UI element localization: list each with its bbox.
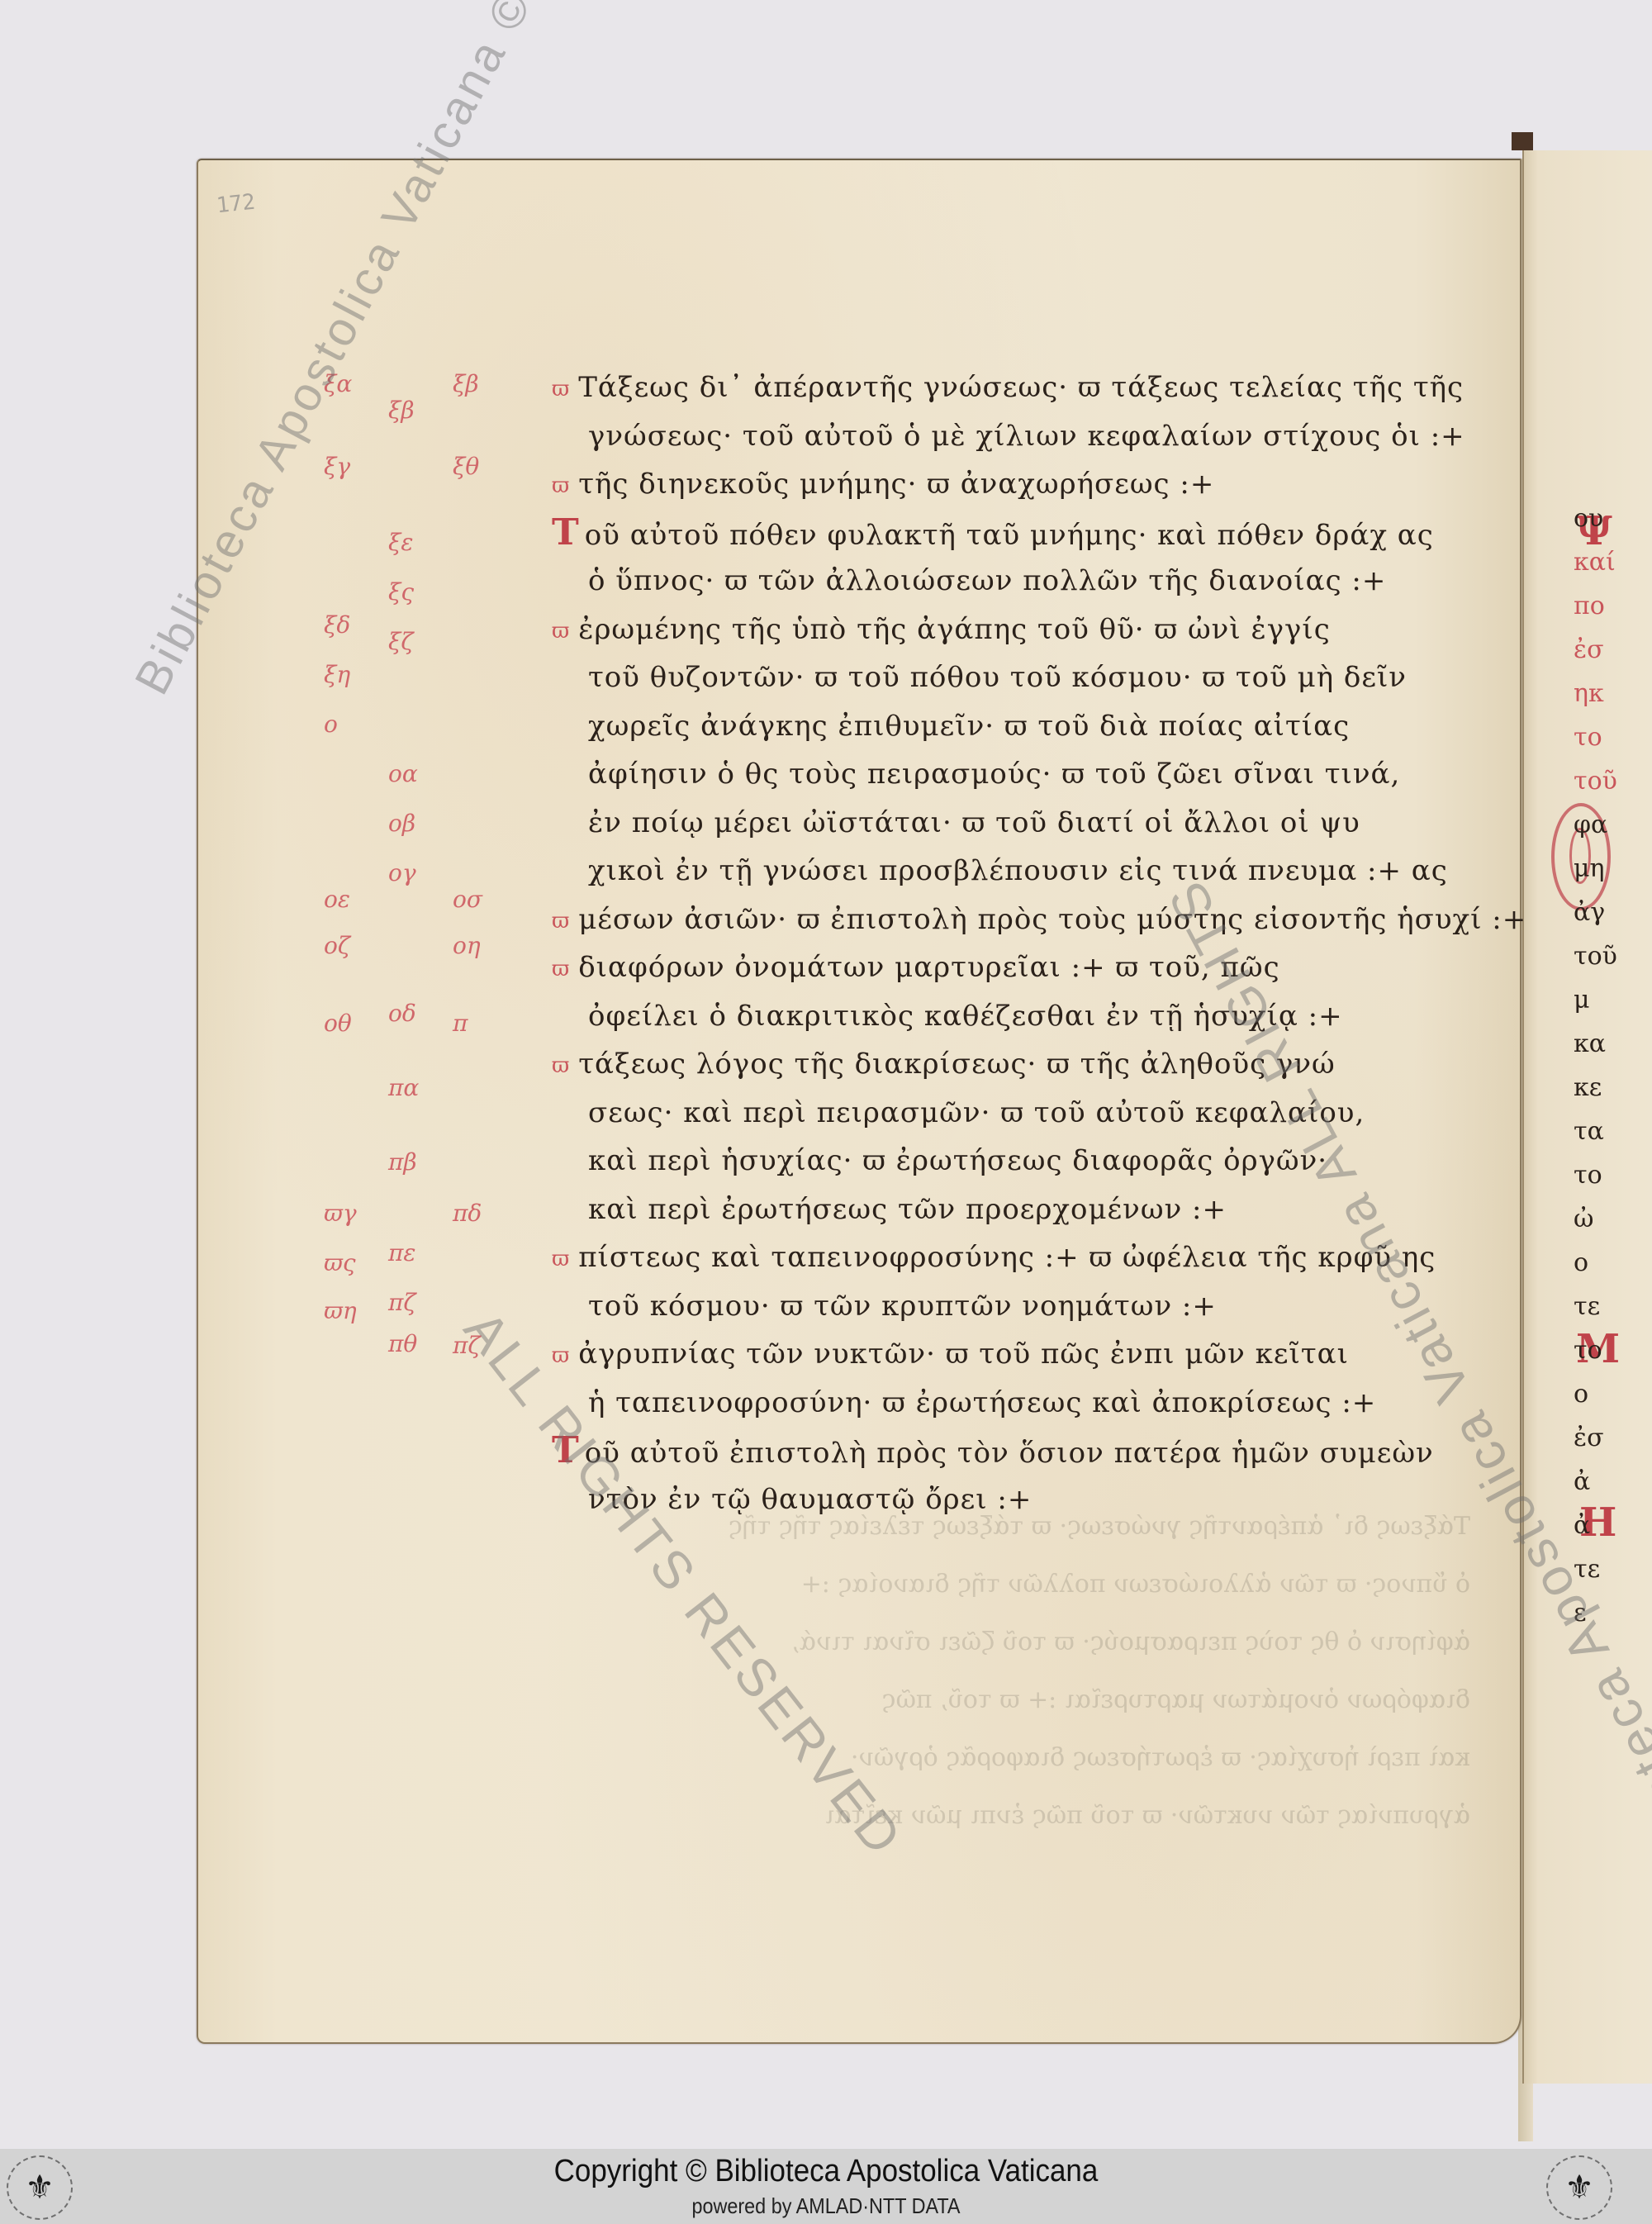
margin-numeral: ξβ: [388, 397, 415, 424]
line-text: ἡ ταπεινοφροσύνη· ϖ ἐρωτήσεως καὶ ἀποκρί…: [588, 1386, 1376, 1419]
recto-line: τοῦ: [1574, 767, 1617, 810]
rubric-marker: ϖ: [552, 1247, 570, 1271]
line-text: ἀφίησιν ὁ θς τοὺς πειρασμούς· ϖ τοῦ ζῶει…: [588, 758, 1400, 791]
line-text: διαφόρων ὀνομάτων μαρτυρεῖαι :+ ϖ τοῦ, π…: [578, 951, 1279, 984]
rubric-marker: ϖ: [552, 909, 570, 934]
manuscript-line: ϖμέσων ἀσιῶν· ϖ ἐπιστολὴ πρὸς τοὺς μύστη…: [552, 896, 1485, 944]
rubric-marker: ϖ: [552, 377, 570, 402]
line-text: τάξεως λόγος τῆς διακρίσεως· ϖ τῆς ἀληθο…: [578, 1048, 1336, 1081]
line-text: τοῦ κόσμου· ϖ τῶν κρυπτῶν νοημάτων :+: [588, 1290, 1217, 1323]
margin-numeral: πζ: [453, 1332, 481, 1359]
manuscript-line: καὶ περὶ ἡσυχίας· ϖ ἐρωτήσεως διαφορᾶς ὀ…: [552, 1137, 1485, 1186]
manuscript-line: ἡ ταπεινοφροσύνη· ϖ ἐρωτήσεως καὶ ἀποκρί…: [552, 1379, 1485, 1428]
recto-line: ὠ: [1574, 1205, 1617, 1248]
red-initial: Τ: [552, 1429, 580, 1471]
line-text: χικοὶ ἐν τῇ γνώσει προσβλέπουσιν εἰς τιν…: [588, 854, 1448, 887]
margin-numeral: ξδ: [324, 611, 350, 639]
recto-line: ἐσ: [1574, 1423, 1617, 1467]
recto-line: κα: [1574, 1029, 1617, 1073]
margin-numeral: οσ: [453, 886, 482, 913]
copyright-text: Copyright © Biblioteca Apostolica Vatica…: [66, 2154, 1586, 2189]
margin-numeral: ξζ: [388, 628, 414, 655]
manuscript-line: ϖτῆς διηνεκοῦς μνήμης· ϖ ἀναχωρήσεως :+: [552, 460, 1485, 509]
line-text: πίστεως καὶ ταπεινοφροσύνης :+ ϖ ὠφέλεια…: [578, 1241, 1436, 1274]
folio-number: 172: [216, 190, 257, 219]
powered-by-text: powered by AMLAD·NTT DATA: [83, 2193, 1569, 2219]
recto-line: ἀγ: [1574, 898, 1617, 942]
margin-numeral: πθ: [388, 1330, 417, 1357]
manuscript-line: χωρεῖς ἀνάγκης ἐπιθυμεῖν· ϖ τοῦ διὰ ποία…: [552, 702, 1485, 751]
margin-numeral: πδ: [453, 1200, 482, 1227]
margin-numeral: ξγ: [324, 453, 350, 480]
red-initial: Τ: [552, 511, 580, 554]
line-text: χωρεῖς ἀνάγκης ἐπιθυμεῖν· ϖ τοῦ διὰ ποία…: [588, 710, 1350, 743]
manuscript-line: καὶ περὶ ἐρωτήσεως τῶν προερχομένων :+: [552, 1186, 1485, 1234]
recto-line: το: [1574, 723, 1617, 767]
line-text: ὀφείλει ὁ διακριτικὸς καθέζεσθαι ἐν τῇ ἡ…: [588, 1000, 1343, 1033]
recto-line: το: [1574, 1161, 1617, 1205]
manuscript-line: ϖδιαφόρων ὀνομάτων μαρτυρεῖαι :+ ϖ τοῦ, …: [552, 943, 1485, 992]
recto-line: ἀ: [1574, 1511, 1617, 1555]
recto-line: μ: [1574, 986, 1617, 1029]
margin-numeral: οη: [453, 932, 481, 959]
line-text: Τάξεως δι᾽ ἀπέραντῆς γνώσεως· ϖ τάξεως τ…: [578, 371, 1464, 404]
manuscript-line: ὁ ὕπνος· ϖ τῶν ἀλλοιώσεων πολλῶν τῆς δια…: [552, 557, 1485, 606]
margin-numeral: οα: [388, 760, 418, 787]
line-text: ντὸν ἐν τῷ θαυμαστῷ ὄρει :+: [588, 1483, 1032, 1516]
recto-line: ε: [1574, 1599, 1617, 1642]
rubric-marker: ϖ: [552, 473, 570, 498]
manuscript-line: χικοὶ ἐν τῇ γνώσει προσβλέπουσιν εἰς τιν…: [552, 847, 1485, 896]
rubric-marker: ϖ: [552, 1343, 570, 1368]
bleed-through-text: Τάξεως δι᾽ ἀπέραντῆς γνώσεως· ϖ τάξεως τ…: [562, 1512, 1470, 1859]
manuscript-line: τοῦ θυζοντῶν· ϖ τοῦ πόθου τοῦ κόσμου· ϖ …: [552, 653, 1485, 702]
margin-numeral: πζ: [388, 1289, 416, 1316]
margin-numeral: οζ: [324, 932, 350, 959]
margin-numeral: ϖη: [324, 1297, 357, 1324]
margin-numeral: ϖγ: [324, 1200, 357, 1227]
margin-numeral: οθ: [324, 1010, 352, 1037]
recto-line: ο: [1574, 1248, 1617, 1292]
manuscript-line: ὀφείλει ὁ διακριτικὸς καθέζεσθαι ἐν τῇ ἡ…: [552, 992, 1485, 1041]
margin-numeral: ξα: [324, 370, 352, 397]
recto-line: ου: [1574, 504, 1617, 548]
manuscript-line: γνώσεως· τοῦ αὐτοῦ ὁ μὲ χίλιων κεφαλαίων…: [552, 412, 1485, 461]
manuscript-line: Τοῦ αὐτοῦ ἐπιστολὴ πρὸς τὸν ὅσιον πατέρα…: [552, 1427, 1485, 1476]
margin-numeral: ο: [324, 710, 338, 738]
recto-line: ἀ: [1574, 1467, 1617, 1511]
line-text: σεως· καὶ περὶ πειρασμῶν· ϖ τοῦ αὐτοῦ κε…: [588, 1096, 1365, 1129]
line-text: οῦ αὐτοῦ ἐπιστολὴ πρὸς τὸν ὅσιον πατέρα …: [585, 1437, 1434, 1470]
manuscript-line: ϖΤάξεως δι᾽ ἀπέραντῆς γνώσεως· ϖ τάξεως …: [552, 364, 1485, 412]
margin-numeral: οε: [324, 886, 350, 913]
line-text: γνώσεως· τοῦ αὐτοῦ ὁ μὲ χίλιων κεφαλαίων…: [588, 420, 1465, 453]
manuscript-line: ϖἐρωμένης τῆς ὑπὸ τῆς ἀγάπης τοῦ θῦ· ϖ ὠ…: [552, 606, 1485, 654]
recto-line: πο: [1574, 592, 1617, 635]
line-text: μέσων ἀσιῶν· ϖ ἐπιστολὴ πρὸς τοὺς μύστης…: [578, 903, 1526, 936]
manuscript-line: σεως· καὶ περὶ πειρασμῶν· ϖ τοῦ αὐτοῦ κε…: [552, 1089, 1485, 1138]
recto-line: τε: [1574, 1292, 1617, 1336]
recto-line: κε: [1574, 1073, 1617, 1117]
recto-line: τα: [1574, 1117, 1617, 1161]
margin-numeral: οβ: [388, 810, 415, 837]
recto-line: καί: [1574, 548, 1617, 592]
margin-numeral: ξθ: [453, 453, 479, 480]
margin-numeral: ξε: [388, 529, 413, 556]
margin-numeral: ϖς: [324, 1249, 356, 1276]
margin-numeral: ξβ: [453, 370, 479, 397]
margin-numeral: πα: [388, 1074, 419, 1101]
line-text: τῆς διηνεκοῦς μνήμης· ϖ ἀναχωρήσεως :+: [578, 468, 1214, 501]
line-text: οῦ αὐτοῦ πόθεν φυλακτῆ ταῦ μνήμης· καὶ π…: [585, 519, 1434, 552]
recto-line: ο: [1574, 1380, 1617, 1423]
line-text: ὁ ὕπνος· ϖ τῶν ἀλλοιώσεων πολλῶν τῆς δια…: [588, 564, 1386, 597]
line-text: καὶ περὶ ἐρωτήσεως τῶν προερχομένων :+: [588, 1193, 1227, 1226]
margin-numeral: ξς: [388, 578, 414, 606]
margin-numeral: ογ: [388, 859, 416, 886]
margin-numeral: π: [453, 1010, 468, 1037]
vatican-library-seal-icon: ⚜: [7, 2155, 73, 2220]
rubric-marker: ϖ: [552, 1053, 570, 1078]
line-text: ἀγρυπνίας τῶν νυκτῶν· ϖ τοῦ πῶς ἐνπι μῶν…: [578, 1338, 1349, 1371]
manuscript-line: ϖτάξεως λόγος τῆς διακρίσεως· ϖ τῆς ἀληθ…: [552, 1040, 1485, 1089]
manuscript-line: ϖπίστεως καὶ ταπεινοφροσύνης :+ ϖ ὠφέλει…: [552, 1233, 1485, 1282]
rubric-marker: ϖ: [552, 957, 570, 981]
vatican-library-seal-icon: ⚜: [1546, 2155, 1612, 2220]
manuscript-line: Τοῦ αὐτοῦ πόθεν φυλακτῆ ταῦ μνήμης· καὶ …: [552, 509, 1485, 558]
manuscript-line: ἐν ποίῳ μέρει ὠϊστάται· ϖ τοῦ διατί οἱ ἄ…: [552, 799, 1485, 848]
line-text: τοῦ θυζοντῶν· ϖ τοῦ πόθου τοῦ κόσμου· ϖ …: [588, 661, 1407, 694]
recto-line: τοῦ: [1574, 942, 1617, 986]
margin-numeral: πβ: [388, 1148, 417, 1176]
recto-line: φα: [1574, 810, 1617, 854]
recto-line: τε: [1574, 1555, 1617, 1599]
manuscript-line: τοῦ κόσμου· ϖ τῶν κρυπτῶν νοημάτων :+: [552, 1282, 1485, 1331]
manuscript-line: ἀφίησιν ὁ θς τοὺς πειρασμούς· ϖ τοῦ ζῶει…: [552, 750, 1485, 799]
recto-line: το: [1574, 1336, 1617, 1380]
margin-numeral: οδ: [388, 1000, 416, 1027]
recto-line: ἐσ: [1574, 635, 1617, 679]
recto-line: μη: [1574, 854, 1617, 898]
bookmark-tab: [1512, 132, 1533, 150]
manuscript-text-block: ϖΤάξεως δι᾽ ἀπέραντῆς γνώσεως· ϖ τάξεως …: [552, 364, 1485, 1523]
margin-numeral: πε: [388, 1239, 415, 1266]
recto-text-fragment: ουκαίποἐσηκτοτοῦφαμηἀγτοῦμκακετατοὠοτετο…: [1574, 504, 1617, 1642]
margin-numeral: ξη: [324, 661, 350, 688]
line-text: ἐν ποίῳ μέρει ὠϊστάται· ϖ τοῦ διατί οἱ ἄ…: [588, 806, 1360, 839]
manuscript-line: ϖἀγρυπνίας τῶν νυκτῶν· ϖ τοῦ πῶς ἐνπι μῶ…: [552, 1330, 1485, 1379]
line-text: ἐρωμένης τῆς ὑπὸ τῆς ἀγάπης τοῦ θῦ· ϖ ὠν…: [578, 613, 1331, 646]
rubric-marker: ϖ: [552, 619, 570, 644]
copyright-footer: ⚜ Copyright © Biblioteca Apostolica Vati…: [0, 2149, 1652, 2224]
recto-line: ηκ: [1574, 679, 1617, 723]
line-text: καὶ περὶ ἡσυχίας· ϖ ἐρωτήσεως διαφορᾶς ὀ…: [588, 1144, 1327, 1177]
